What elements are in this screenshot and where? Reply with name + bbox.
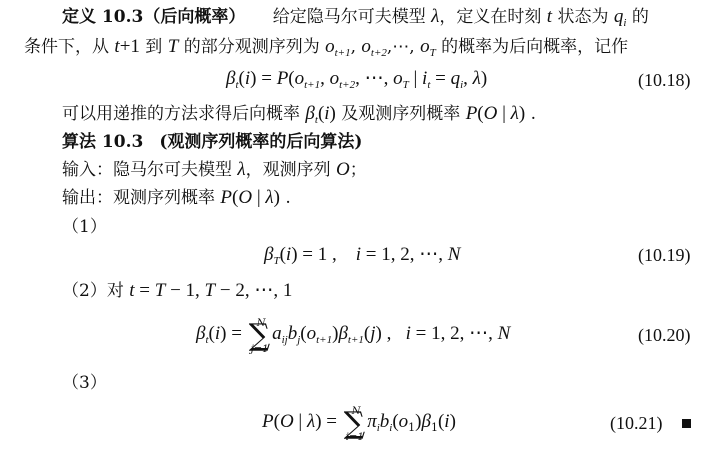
- equation-number: (10.20): [638, 325, 691, 346]
- algorithm-title: 算法 10.3(观测序列概率的后向算法): [62, 131, 362, 153]
- definition-line-2: 条件下，从 t+1 到 T 的部分观测序列为 ot+1, ot+2,⋯, oT …: [24, 36, 628, 64]
- definition-line-1: 定义 10.3（后向概率） 给定隐马尔可夫模型 λ，定义在时刻 t 状态为 qi…: [62, 6, 649, 34]
- definition-text: 给定隐马尔可夫模型 λ，定义在时刻 t 状态为 qi 的: [273, 7, 649, 27]
- equation-10-18: βt(i) = P(ot+1, ot+2, ⋯, oT | it = qi, λ…: [226, 68, 487, 96]
- equation-10-21: P(O | λ) = ∑Ni=1πibi(o1)β1(i): [262, 411, 456, 439]
- equation-10-20: βt(i) = ∑Nj=1aijbj(ot+1)βt+1(j) , i = 1,…: [196, 323, 510, 351]
- algorithm-input: 输入：隐马尔可夫模型 λ，观测序列 O；: [62, 159, 367, 181]
- equation-10-19: βT(i) = 1 , i = 1, 2, ⋯, N: [264, 244, 460, 272]
- algorithm-output: 输出：观测序列概率 P(O | λ) .: [62, 187, 291, 209]
- end-of-proof-icon: [682, 419, 691, 428]
- remark: 可以用递推的方法求得后向概率 βt(i) 及观测序列概率 P(O | λ) .: [62, 103, 536, 131]
- equation-number: (10.18): [638, 70, 691, 91]
- equation-number: (10.19): [638, 245, 691, 266]
- step-1-label: （1）: [62, 216, 107, 238]
- step-2-label: （2）对 t = T − 1, T − 2, ⋯, 1: [62, 280, 292, 302]
- equation-number: (10.21): [610, 413, 663, 434]
- step-3-label: （3）: [62, 372, 107, 394]
- definition-label: 定义 10.3（后向概率）: [62, 7, 245, 27]
